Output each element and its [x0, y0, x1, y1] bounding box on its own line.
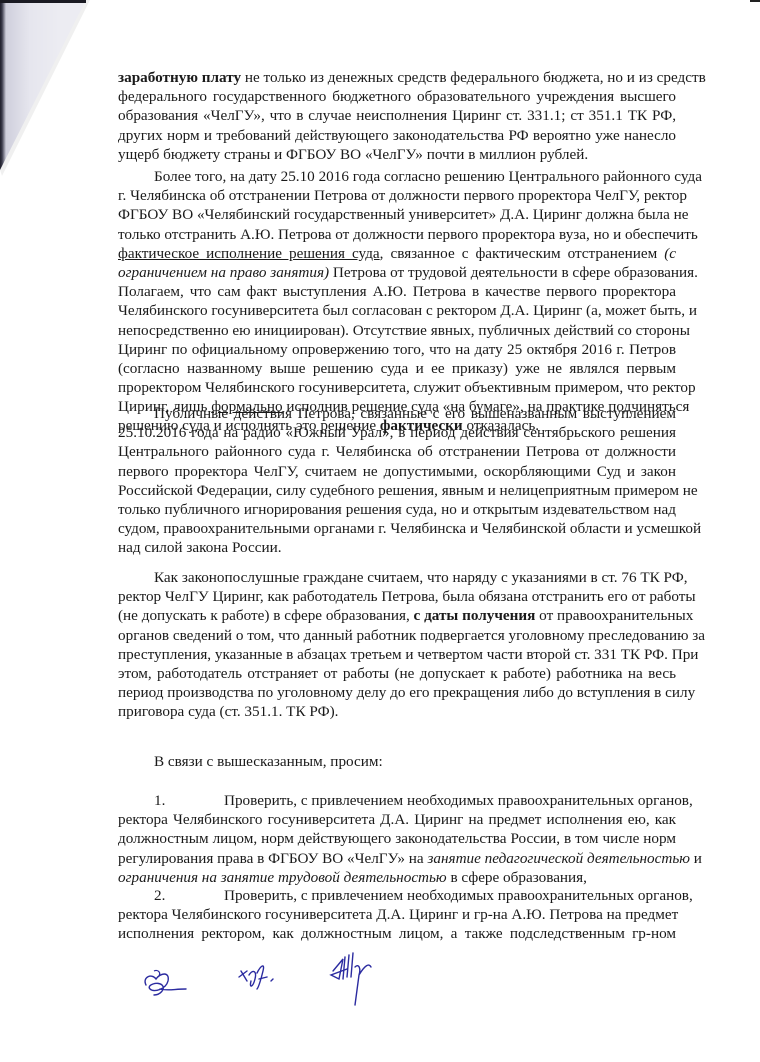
text-run: Петрова от трудовой деятельности в сфере… [329, 264, 698, 281]
text-run: судом, правоохранительными органами г. Ч… [118, 520, 701, 537]
text-run: преступления, указанные в абзацах третье… [118, 646, 698, 663]
text-line: других норм и требований действующего за… [118, 126, 676, 145]
text-run: других норм и требований действующего за… [118, 127, 676, 144]
text-line: Центрального районного суда г. Челябинск… [118, 442, 676, 461]
text-line: ограничения на занятие трудовой деятельн… [118, 868, 676, 887]
text-run: над силой закона России. [118, 539, 282, 556]
text-run: г. Челябинска об отстранении Петрова от … [118, 187, 687, 204]
text-line: приговора суда (ст. 351.1. ТК РФ). [118, 702, 676, 721]
signature-1 [140, 963, 200, 1008]
text-line: заработную плату не только из денежных с… [118, 68, 676, 87]
italic-text: занятие педагогической деятельностью [427, 850, 690, 867]
paragraph-p2: Более того, на дату 25.10 2016 года согл… [118, 167, 676, 436]
text-run: (не допускать к работе) в сфере образова… [118, 607, 414, 624]
text-line: проректором Челябинского госуниверситета… [118, 378, 676, 397]
text-run: органов сведений о том, что данный работ… [118, 627, 705, 644]
text-line: ФГБОУ ВО «Челябинский государственный ун… [118, 205, 676, 224]
bold-text: заработную плату [118, 69, 241, 86]
text-line: должностным лицом, норм действующего зак… [118, 829, 676, 848]
text-line: (не допускать к работе) в сфере образова… [118, 606, 676, 625]
text-line: 2.Проверить, с привлечением необходимых … [118, 886, 676, 905]
text-line: федерального государственного бюджетного… [118, 87, 676, 106]
text-line: Публичные действия Петрова, связанные с … [118, 404, 676, 423]
text-run: и [690, 850, 702, 867]
text-run: первого проректора ЧелГУ, считаем не доп… [118, 463, 676, 480]
text-run: ущерб бюджету страны и ФГБОУ ВО «ЧелГУ» … [118, 146, 588, 163]
text-run: должностным лицом, норм действующего зак… [118, 830, 676, 847]
scanned-document-page: заработную плату не только из денежных с… [0, 0, 760, 1062]
text-run: проректором Челябинского госуниверситета… [118, 379, 696, 396]
text-line: первого проректора ЧелГУ, считаем не доп… [118, 462, 676, 481]
text-run: период производства по уголовному делу д… [118, 684, 695, 701]
text-line: преступления, указанные в абзацах третье… [118, 645, 676, 664]
text-line: только публичного игнорирования решения … [118, 500, 676, 519]
italic-text: ограничением на право занятия) [118, 264, 329, 281]
text-run: Публичные действия Петрова, связанные с … [154, 405, 676, 422]
text-line: регулирования права в ФГБОУ ВО «ЧелГУ» н… [118, 849, 676, 868]
text-run: Проверить, с привлечением необходимых пр… [224, 887, 693, 904]
paragraph-p5: В связи с вышесказанным, просим: [118, 752, 676, 771]
text-run: Центрального районного суда г. Челябинск… [118, 443, 676, 460]
text-run: ректор ЧелГУ Циринг, как работодатель Пе… [118, 588, 696, 605]
text-run: федерального государственного бюджетного… [118, 88, 676, 105]
text-run: только публичного игнорирования решения … [118, 501, 676, 518]
text-line: ректор ЧелГУ Циринг, как работодатель Пе… [118, 587, 676, 606]
text-run: не только из денежных средств федерально… [241, 69, 706, 86]
signatures-block [140, 955, 440, 1035]
text-line: ректора Челябинского госуниверситета Д.А… [118, 905, 676, 924]
text-line: В связи с вышесказанным, просим: [118, 752, 676, 771]
text-run: непосредственно ею инициирован). Отсутст… [118, 322, 690, 339]
text-line: Российской Федерации, силу судебного реш… [118, 481, 676, 500]
text-run: Циринг по официальному опровержению того… [118, 341, 676, 358]
text-line: ректора Челябинского госуниверситета Д.А… [118, 810, 676, 829]
text-line: исполнения ректором, как должностным лиц… [118, 924, 676, 943]
paragraph-p6: 1.Проверить, с привлечением необходимых … [118, 791, 676, 887]
text-run: ректора Челябинского госуниверситета Д.А… [118, 811, 676, 828]
text-run: Более того, на дату 25.10 2016 года согл… [154, 168, 702, 185]
italic-text: (с [664, 245, 676, 262]
text-line: 1.Проверить, с привлечением необходимых … [118, 791, 676, 810]
folded-page-corner [0, 0, 86, 170]
paragraph-p3: Публичные действия Петрова, связанные с … [118, 404, 676, 558]
text-run: Проверить, с привлечением необходимых пр… [224, 792, 693, 809]
text-line: ущерб бюджету страны и ФГБОУ ВО «ЧелГУ» … [118, 145, 676, 164]
text-run: (согласно названному выше решению суда и… [118, 360, 676, 377]
text-run: Полагаем, что сам факт выступления А.Ю. … [118, 283, 676, 300]
signature-2 [235, 957, 285, 1002]
text-line: (согласно названному выше решению суда и… [118, 359, 676, 378]
text-line: фактическое исполнение решения суда, свя… [118, 244, 676, 263]
text-line: этом, работодатель отстраняет от работы … [118, 664, 676, 683]
text-line: 25.10.2016 года на радио «Южный Урал», в… [118, 423, 676, 442]
scan-edge-mark [750, 0, 760, 2]
text-line: Челябинского госуниверситета был согласо… [118, 301, 676, 320]
text-run: ректора Челябинского госуниверситета Д.А… [118, 906, 678, 923]
text-line: ограничением на право занятия) Петрова о… [118, 263, 676, 282]
text-run: регулирования права в ФГБОУ ВО «ЧелГУ» н… [118, 850, 427, 867]
italic-text: ограничения на занятие трудовой деятельн… [118, 869, 447, 886]
text-line: Циринг по официальному опровержению того… [118, 340, 676, 359]
text-line: Полагаем, что сам факт выступления А.Ю. … [118, 282, 676, 301]
text-run: 25.10.2016 года на радио «Южный Урал», в… [118, 424, 676, 441]
signature-3 [325, 949, 385, 1014]
text-run: Как законопослушные граждане считаем, чт… [154, 569, 688, 586]
text-line: над силой закона России. [118, 538, 676, 557]
text-run: В связи с вышесказанным, просим: [154, 753, 383, 770]
text-line: Более того, на дату 25.10 2016 года согл… [118, 167, 676, 186]
list-number: 1. [154, 791, 224, 810]
list-number: 2. [154, 886, 224, 905]
text-run: в сфере образования, [447, 869, 587, 886]
text-run: Российской Федерации, силу судебного реш… [118, 482, 698, 499]
text-run: образования «ЧелГУ», что в случае неиспо… [118, 107, 676, 124]
text-line: судом, правоохранительными органами г. Ч… [118, 519, 676, 538]
text-line: образования «ЧелГУ», что в случае неиспо… [118, 106, 676, 125]
text-line: период производства по уголовному делу д… [118, 683, 676, 702]
text-run: , связанное с фактическим отстранением [380, 245, 665, 262]
text-run: приговора суда (ст. 351.1. ТК РФ). [118, 703, 338, 720]
text-run: этом, работодатель отстраняет от работы … [118, 665, 676, 682]
scan-edge [0, 0, 86, 3]
text-line: непосредственно ею инициирован). Отсутст… [118, 321, 676, 340]
text-line: г. Челябинска об отстранении Петрова от … [118, 186, 676, 205]
text-line: органов сведений о том, что данный работ… [118, 626, 676, 645]
underlined-text: фактическое исполнение решения суда [118, 245, 380, 262]
text-run: Челябинского госуниверситета был согласо… [118, 302, 697, 319]
text-line: только отстранить А.Ю. Петрова от должно… [118, 225, 676, 244]
paragraph-p7: 2.Проверить, с привлечением необходимых … [118, 886, 676, 944]
text-run: ФГБОУ ВО «Челябинский государственный ун… [118, 206, 689, 223]
text-run: от правоохранительных [535, 607, 693, 624]
text-line: Как законопослушные граждане считаем, чт… [118, 568, 676, 587]
text-run: только отстранить А.Ю. Петрова от должно… [118, 226, 698, 243]
text-run: исполнения ректором, как должностным лиц… [118, 925, 676, 942]
bold-text: с даты получения [414, 607, 536, 624]
paragraph-p4: Как законопослушные граждане считаем, чт… [118, 568, 676, 722]
paragraph-p1: заработную плату не только из денежных с… [118, 68, 676, 164]
